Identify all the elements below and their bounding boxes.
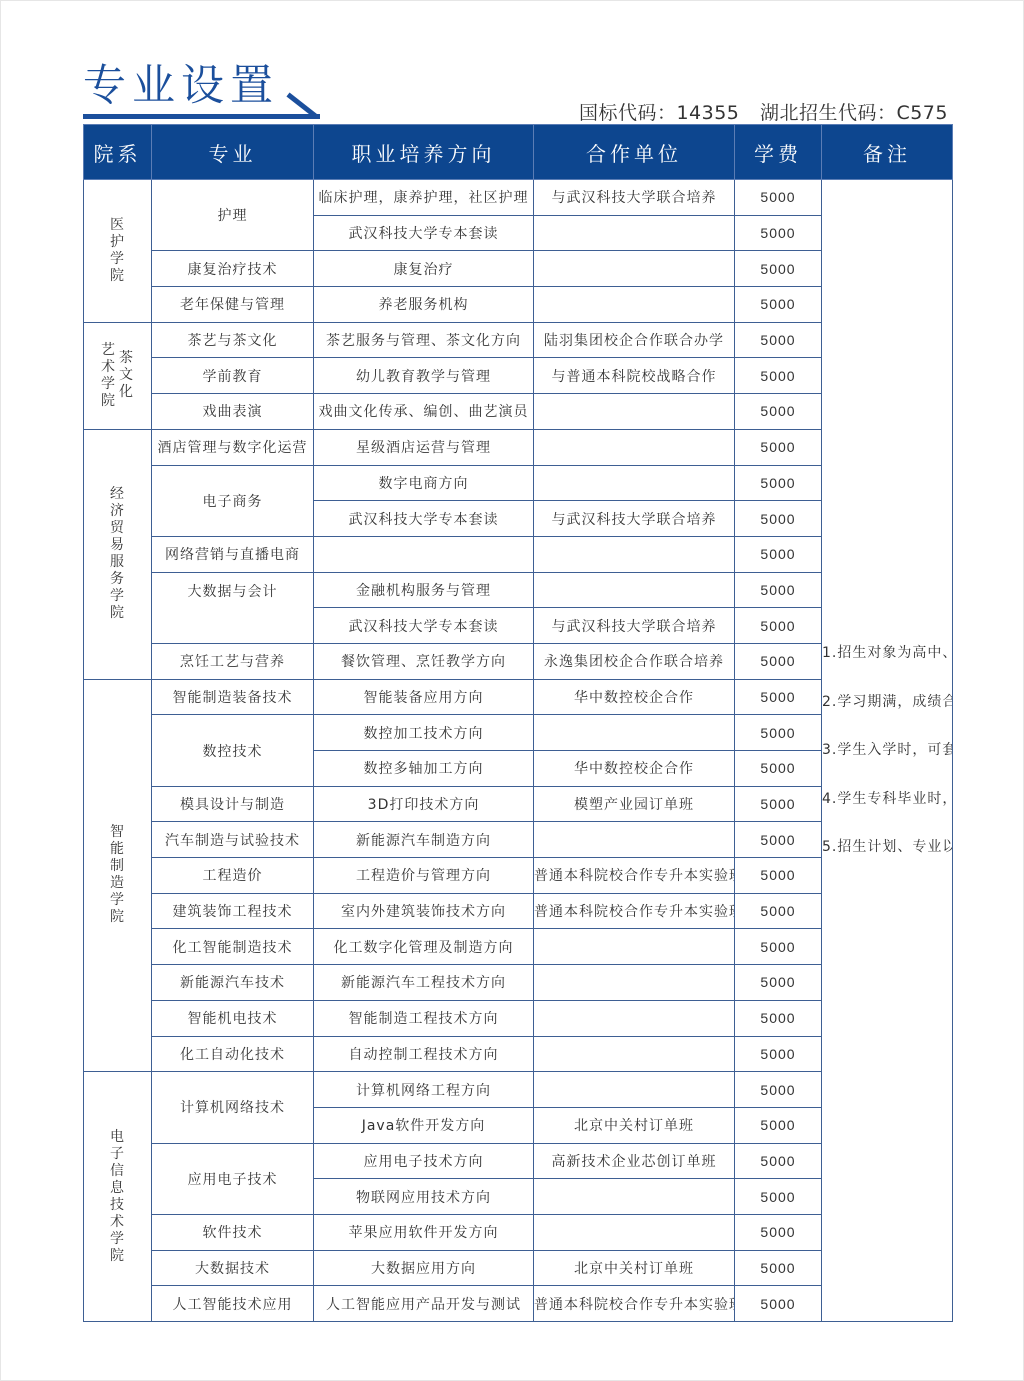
partner-cell: [534, 1072, 735, 1108]
fee-cell: 5000: [735, 608, 822, 644]
major-cell: 计算机网络技术: [152, 1072, 314, 1143]
direction-cell: 新能源汽车工程技术方向: [314, 965, 534, 1001]
major-cell: 化工智能制造技术: [152, 929, 314, 965]
table-row: 医护学院 护理 临床护理，康养护理，社区护理 与武汉科技大学联合培养 5000 …: [84, 180, 953, 216]
partner-cell: [534, 715, 735, 751]
major-cell: 护理: [152, 180, 314, 251]
direction-cell: 大数据应用方向: [314, 1250, 534, 1286]
fee-cell: 5000: [735, 1000, 822, 1036]
fee-cell: 5000: [735, 751, 822, 787]
fee-cell: 5000: [735, 572, 822, 608]
direction-cell: 餐饮管理、烹饪教学方向: [314, 643, 534, 679]
major-cell: 大数据技术: [152, 1250, 314, 1286]
department-cell: 经济贸易服务学院: [84, 429, 152, 679]
direction-cell: 幼儿教育教学与管理: [314, 358, 534, 394]
major-cell: 应用电子技术: [152, 1143, 314, 1214]
partner-cell: 北京中关村订单班: [534, 1250, 735, 1286]
fee-cell: 5000: [735, 1036, 822, 1072]
header-remarks: 备注: [822, 125, 953, 180]
partner-cell: [534, 394, 735, 430]
direction-cell: 自动控制工程技术方向: [314, 1036, 534, 1072]
national-code: 国标代码：14355: [579, 102, 739, 124]
hubei-code: 湖北招生代码：C575: [760, 102, 948, 124]
partner-cell: 华中数控校企合作: [534, 751, 735, 787]
fee-cell: 5000: [735, 643, 822, 679]
fee-cell: 5000: [735, 1179, 822, 1215]
direction-cell: 智能装备应用方向: [314, 679, 534, 715]
major-cell: 建筑装饰工程技术: [152, 893, 314, 929]
fee-cell: 5000: [735, 1072, 822, 1108]
direction-cell: 临床护理，康养护理，社区护理: [314, 180, 534, 216]
fee-cell: 5000: [735, 1143, 822, 1179]
partner-cell: 与武汉科技大学联合培养: [534, 180, 735, 216]
partner-cell: [534, 465, 735, 501]
remarks-cell: 1.招生对象为高中、中职毕业生，学制三年。 2.学习期满，成绩合格者颁发国家承认…: [822, 180, 953, 1322]
header-partner: 合作单位: [534, 125, 735, 180]
partner-cell: 与武汉科技大学联合培养: [534, 608, 735, 644]
header-department: 院系: [84, 125, 152, 180]
major-cell: 网络营销与直播电商: [152, 536, 314, 572]
remark-item: 1.招生对象为高中、中职毕业生，学制三年。: [822, 643, 952, 664]
fee-cell: 5000: [735, 1214, 822, 1250]
department-name-part: 茶文化: [119, 350, 135, 401]
partner-cell: [534, 1000, 735, 1036]
fee-cell: 5000: [735, 287, 822, 323]
header-direction: 职业培养方向: [314, 125, 534, 180]
department-name-part: 艺术学院: [101, 342, 117, 410]
direction-cell: 茶艺服务与管理、茶文化方向: [314, 322, 534, 358]
fee-cell: 5000: [735, 965, 822, 1001]
major-cell: 电子商务: [152, 465, 314, 536]
fee-cell: 5000: [735, 501, 822, 537]
remark-item: 5.招生计划、专业以当地招生专刊上公布为准。: [822, 837, 952, 858]
partner-cell: 华中数控校企合作: [534, 679, 735, 715]
partner-cell: [534, 965, 735, 1001]
fee-cell: 5000: [735, 465, 822, 501]
direction-cell: 工程造价与管理方向: [314, 858, 534, 894]
page-title: 专业设置: [83, 60, 279, 112]
fee-cell: 5000: [735, 893, 822, 929]
partner-cell: 普通本科院校合作专升本实验班: [534, 858, 735, 894]
partner-cell: [534, 1179, 735, 1215]
remark-item: 4.学生专科毕业时，可参加普通专升本考试，升读普通本科。: [822, 789, 952, 810]
direction-cell: [314, 536, 534, 572]
partner-cell: 普通本科院校合作专升本实验班: [534, 893, 735, 929]
partner-cell: [534, 215, 735, 251]
direction-cell: Java软件开发方向: [314, 1107, 534, 1143]
major-cell: 智能机电技术: [152, 1000, 314, 1036]
fee-cell: 5000: [735, 215, 822, 251]
direction-cell: 化工数字化管理及制造方向: [314, 929, 534, 965]
fee-cell: 5000: [735, 358, 822, 394]
direction-cell: 养老服务机构: [314, 287, 534, 323]
majors-table: 院系 专业 职业培养方向 合作单位 学费 备注 医护学院 护理 临床护理，康养护…: [83, 124, 953, 1322]
direction-cell: 物联网应用技术方向: [314, 1179, 534, 1215]
major-cell: 学前教育: [152, 358, 314, 394]
direction-cell: 戏曲文化传承、编创、曲艺演员: [314, 394, 534, 430]
fee-cell: 5000: [735, 429, 822, 465]
direction-cell: 武汉科技大学专本套读: [314, 501, 534, 537]
major-cell: 工程造价: [152, 858, 314, 894]
direction-cell: 星级酒店运营与管理: [314, 429, 534, 465]
direction-cell: 康复治疗: [314, 251, 534, 287]
department-cell: 智能制造学院: [84, 679, 152, 1072]
table-header-row: 院系 专业 职业培养方向 合作单位 学费 备注: [84, 125, 953, 180]
fee-cell: 5000: [735, 715, 822, 751]
direction-cell: 计算机网络工程方向: [314, 1072, 534, 1108]
direction-cell: 人工智能应用产品开发与测试: [314, 1286, 534, 1322]
direction-cell: 室内外建筑装饰技术方向: [314, 893, 534, 929]
partner-cell: 高新技术企业芯创订单班: [534, 1143, 735, 1179]
major-cell: 软件技术: [152, 1214, 314, 1250]
major-cell: 康复治疗技术: [152, 251, 314, 287]
fee-cell: 5000: [735, 394, 822, 430]
partner-cell: [534, 929, 735, 965]
header-fee: 学费: [735, 125, 822, 180]
partner-cell: [534, 572, 735, 608]
fee-cell: 5000: [735, 822, 822, 858]
fee-cell: 5000: [735, 251, 822, 287]
major-cell: 智能制造装备技术: [152, 679, 314, 715]
partner-cell: [534, 287, 735, 323]
major-cell: 酒店管理与数字化运营: [152, 429, 314, 465]
major-cell: 模具设计与制造: [152, 786, 314, 822]
school-codes: 国标代码：14355 湖北招生代码：C575: [579, 98, 948, 125]
direction-cell: 武汉科技大学专本套读: [314, 215, 534, 251]
partner-cell: 永逸集团校企合作联合培养: [534, 643, 735, 679]
partner-cell: [534, 536, 735, 572]
fee-cell: 5000: [735, 536, 822, 572]
partner-cell: 模塑产业园订单班: [534, 786, 735, 822]
partner-cell: [534, 1214, 735, 1250]
partner-cell: [534, 1036, 735, 1072]
fee-cell: 5000: [735, 1250, 822, 1286]
major-cell: 茶艺与茶文化: [152, 322, 314, 358]
title-underline: [83, 114, 320, 119]
direction-cell: 应用电子技术方向: [314, 1143, 534, 1179]
major-cell: 人工智能技术应用: [152, 1286, 314, 1322]
direction-cell: 数控多轴加工方向: [314, 751, 534, 787]
department-cell: 医护学院: [84, 180, 152, 323]
major-cell: 新能源汽车技术: [152, 965, 314, 1001]
direction-cell: 数控加工技术方向: [314, 715, 534, 751]
department-cell: 电子信息技术学院: [84, 1072, 152, 1322]
fee-cell: 5000: [735, 322, 822, 358]
department-cell: 茶文化 艺术学院: [84, 322, 152, 429]
direction-cell: 武汉科技大学专本套读: [314, 608, 534, 644]
partner-cell: [534, 429, 735, 465]
partner-cell: 普通本科院校合作专升本实验班: [534, 1286, 735, 1322]
major-cell: 老年保健与管理: [152, 287, 314, 323]
direction-cell: 数字电商方向: [314, 465, 534, 501]
partner-cell: 与普通本科院校战略合作: [534, 358, 735, 394]
remark-item: 2.学习期满，成绩合格者颁发国家承认学历普通专科毕业证书，教育部网上可查，并由省…: [822, 692, 952, 713]
fee-cell: 5000: [735, 786, 822, 822]
partner-cell: 与武汉科技大学联合培养: [534, 501, 735, 537]
direction-cell: 金融机构服务与管理: [314, 572, 534, 608]
fee-cell: 5000: [735, 929, 822, 965]
direction-cell: 苹果应用软件开发方向: [314, 1214, 534, 1250]
fee-cell: 5000: [735, 1286, 822, 1322]
major-cell: 大数据与会计: [152, 572, 314, 643]
major-cell: 化工自动化技术: [152, 1036, 314, 1072]
header-major: 专业: [152, 125, 314, 180]
direction-cell: 智能制造工程技术方向: [314, 1000, 534, 1036]
major-cell: 数控技术: [152, 715, 314, 786]
remark-item: 3.学生入学时，可套读长江大学、中国地质大学自考本科，毕业时可获得自考本科文凭。: [822, 740, 952, 761]
partner-cell: 北京中关村订单班: [534, 1107, 735, 1143]
partner-cell: [534, 822, 735, 858]
major-cell: 汽车制造与试验技术: [152, 822, 314, 858]
fee-cell: 5000: [735, 1107, 822, 1143]
direction-cell: 3D打印技术方向: [314, 786, 534, 822]
fee-cell: 5000: [735, 180, 822, 216]
major-cell: 戏曲表演: [152, 394, 314, 430]
fee-cell: 5000: [735, 858, 822, 894]
page-title-block: 专业设置: [83, 60, 323, 118]
direction-cell: 新能源汽车制造方向: [314, 822, 534, 858]
major-cell: 烹饪工艺与营养: [152, 643, 314, 679]
partner-cell: [534, 251, 735, 287]
fee-cell: 5000: [735, 679, 822, 715]
partner-cell: 陆羽集团校企合作联合办学: [534, 322, 735, 358]
